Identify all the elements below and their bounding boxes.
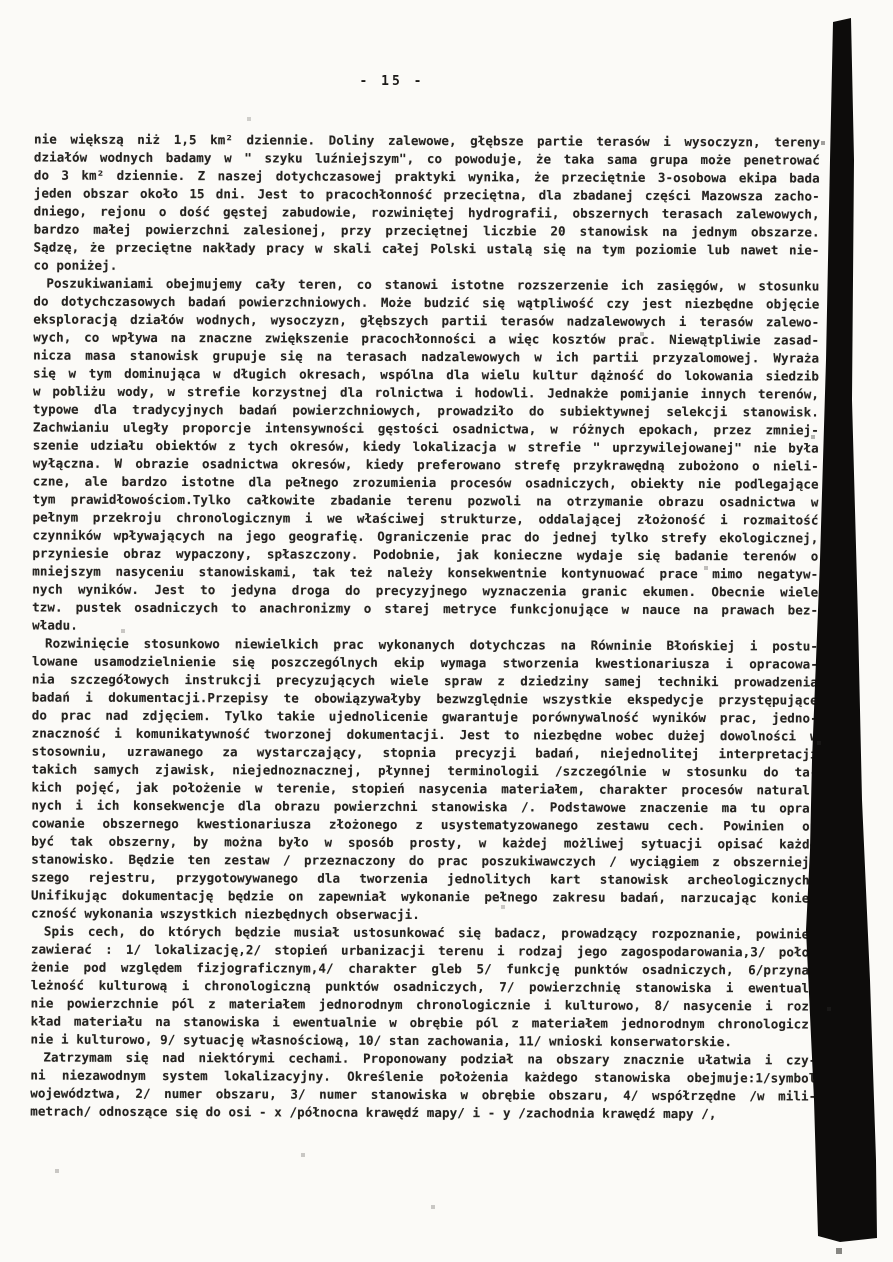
paragraph: nie większą niż 1,5 km² dziennie. Doliny… [33, 130, 820, 277]
paragraph: Zatrzymam się nad niektórymi cechami. Pr… [30, 1048, 816, 1123]
paragraph: Poszukiwaniami obejmujemy cały teren, co… [32, 274, 819, 637]
text-line: tzw. pustek osadniczych to anachronizmy … [32, 598, 818, 619]
page-number: - 15 - [352, 74, 432, 89]
paragraph: Spis cech, do których będzie musiał usto… [30, 922, 816, 1051]
text-line: Sądzę, że przeciętne nakłady pracy w ska… [34, 238, 820, 259]
scan-speck-layer [0, 0, 2, 2]
document-page: - 15 - nie większą niż 1,5 km² dziennie.… [0, 0, 893, 1262]
text-line: metrach/ odnoszące się do osi - x /półno… [30, 1102, 816, 1123]
text-block: nie większą niż 1,5 km² dziennie. Doliny… [30, 130, 820, 1123]
paragraph: Rozwinięcie stosunkowo niewielkich prac … [31, 634, 818, 925]
